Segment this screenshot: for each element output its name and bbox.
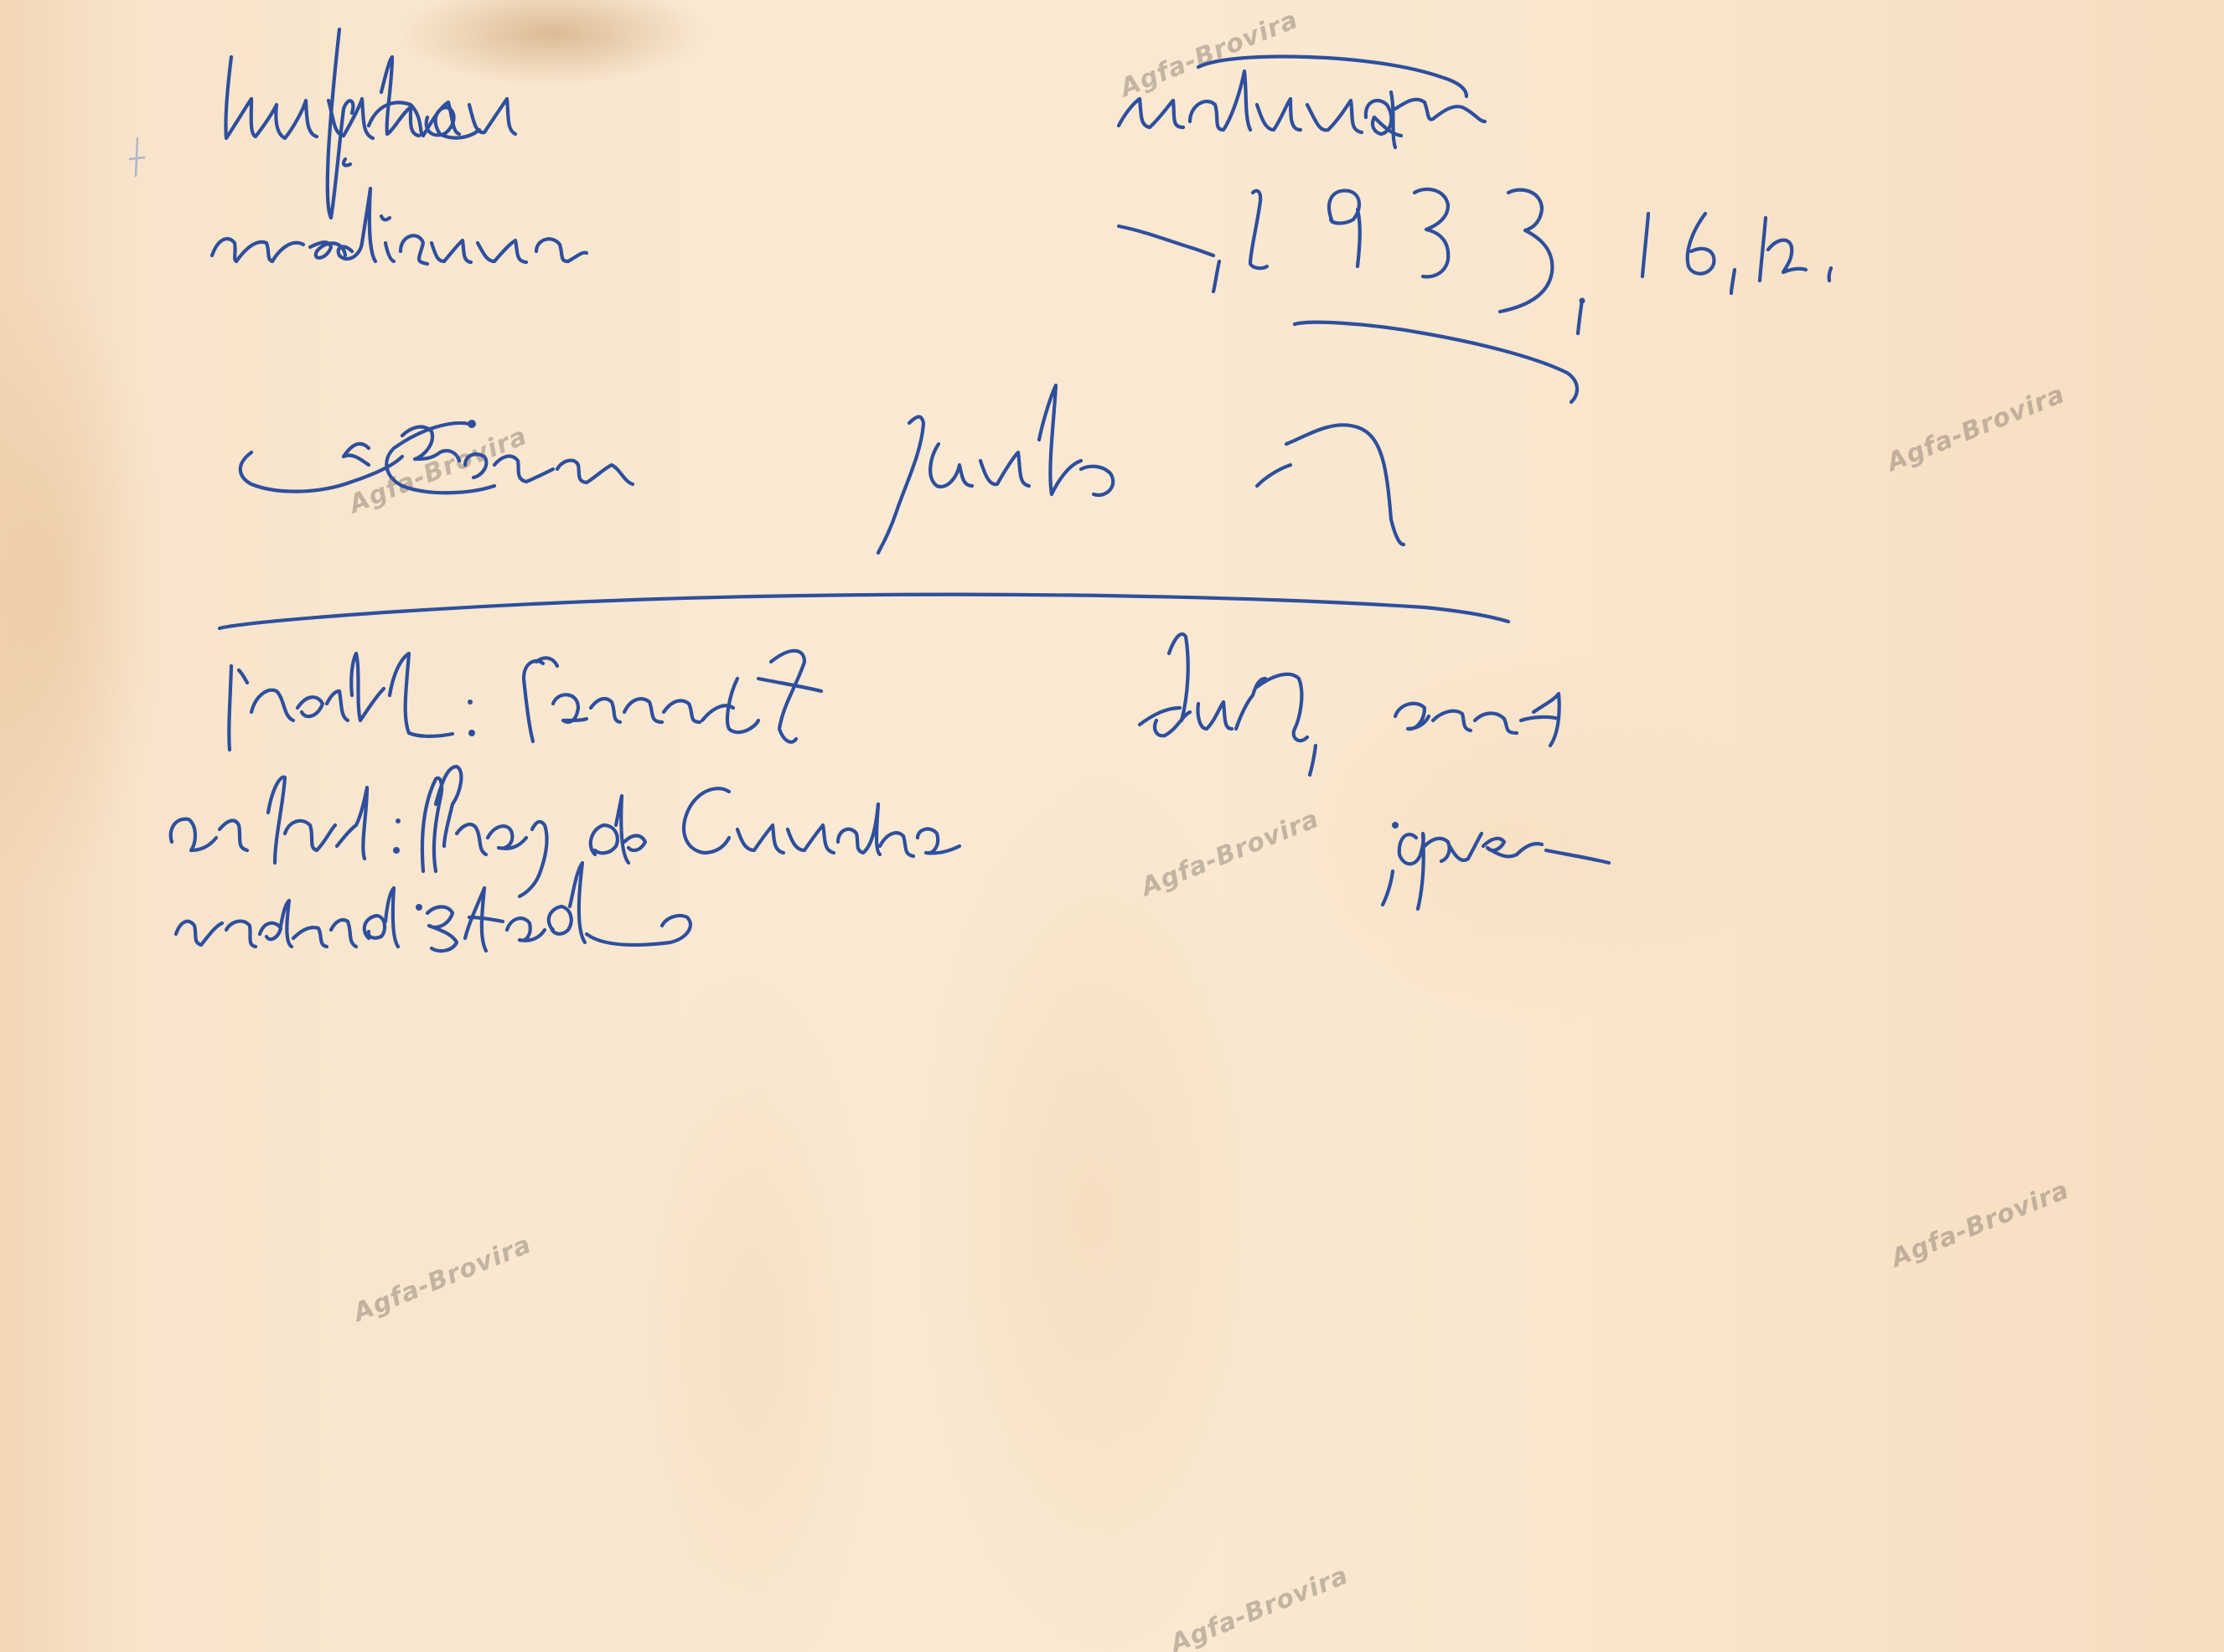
handwriting-line-6 xyxy=(176,863,690,951)
handwriting-line-2 xyxy=(212,188,1831,333)
handwriting-line-1 xyxy=(225,29,1485,218)
handwriting-line-5 xyxy=(171,767,1609,909)
handwriting-ink xyxy=(0,0,2224,1652)
photo-back-paper: Agfa-Brovira Agfa-Brovira Agfa-Brovira A… xyxy=(0,0,2224,1652)
handwriting-signature xyxy=(241,323,1577,553)
handwriting-line-4 xyxy=(229,634,1559,775)
divider-line xyxy=(220,595,1508,628)
